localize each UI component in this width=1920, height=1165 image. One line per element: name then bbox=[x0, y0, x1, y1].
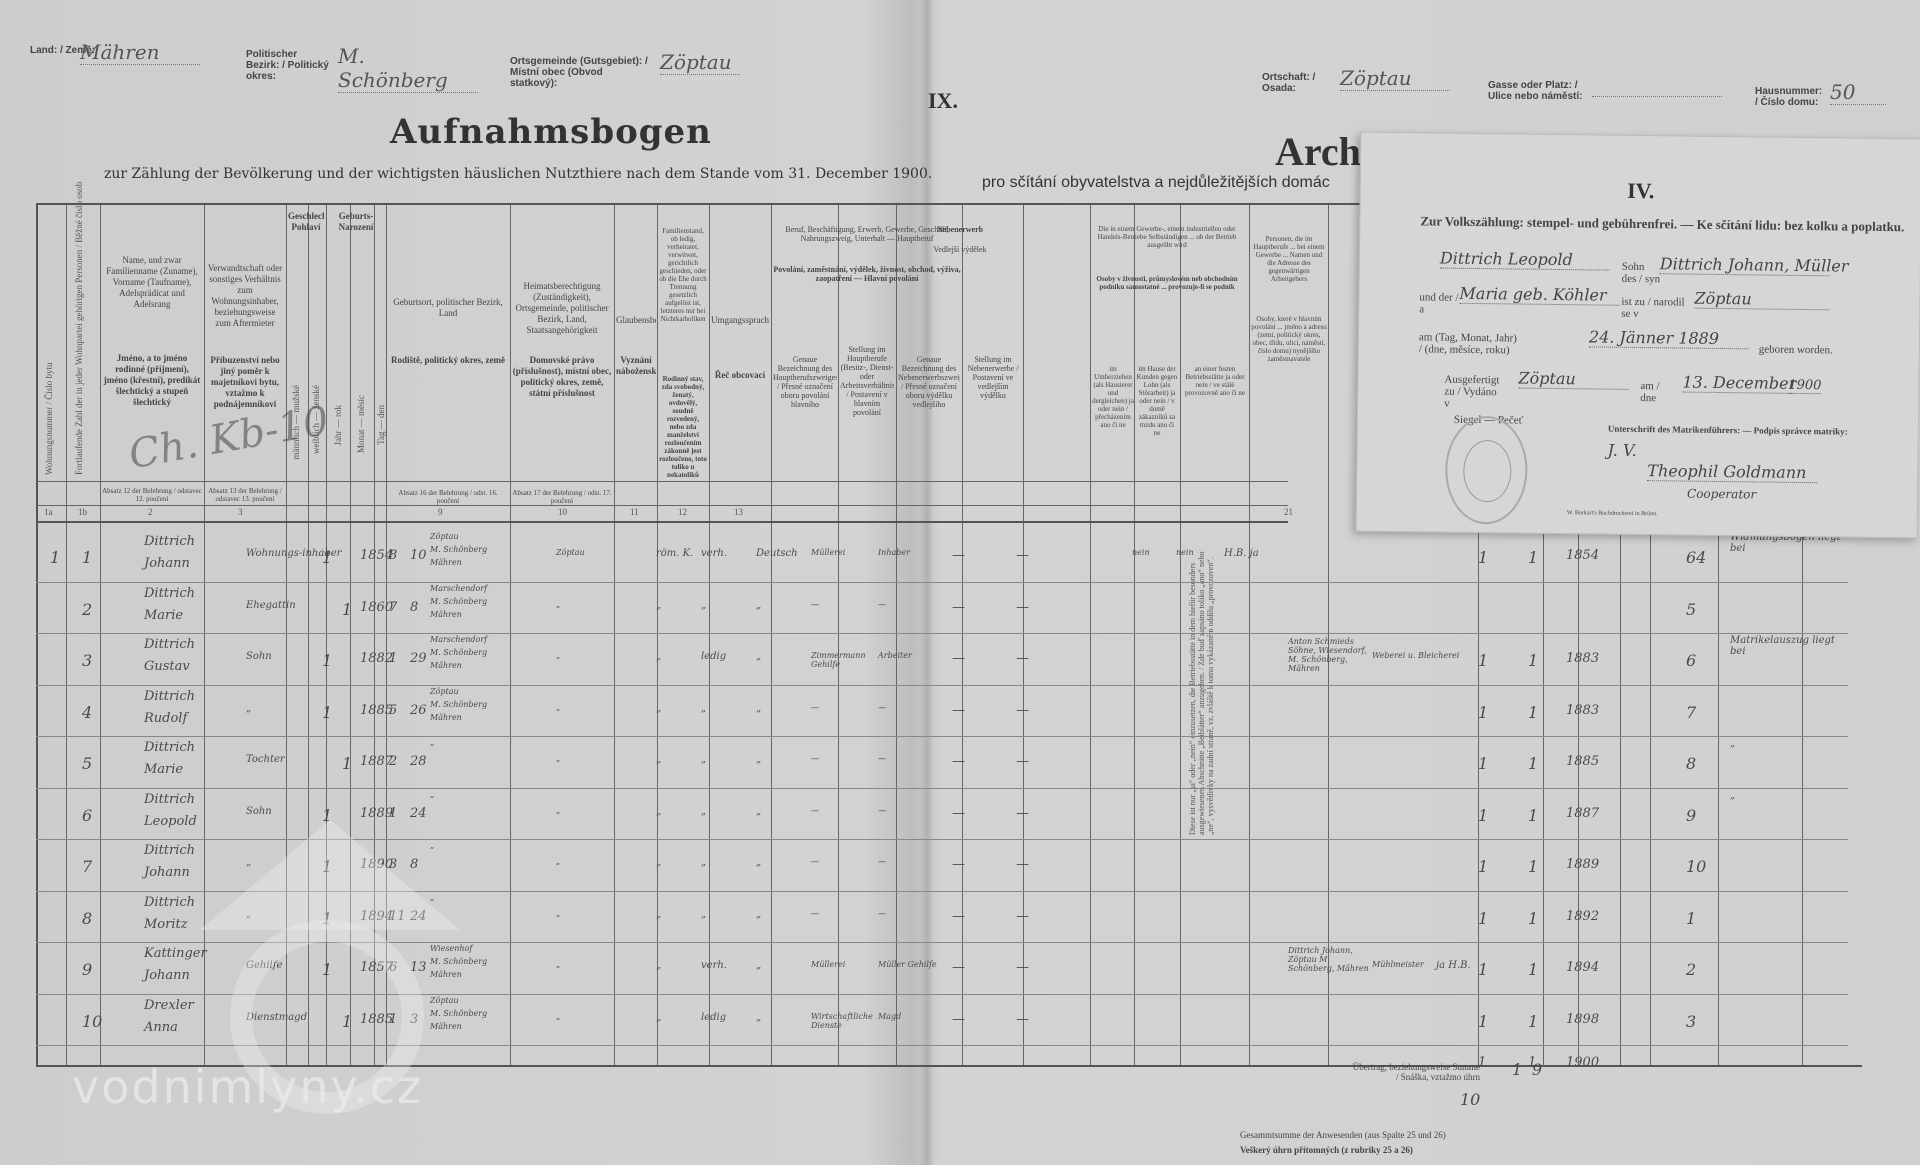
right-year: 1894 bbox=[1566, 960, 1599, 975]
surname: Dittrich bbox=[144, 792, 195, 807]
col-2-header-de: Name, und zwar Familienname (Zuname), Vo… bbox=[102, 255, 202, 310]
surname: Dittrich bbox=[144, 689, 195, 704]
col-30-value: 2 bbox=[1686, 960, 1696, 979]
given-name: Johann bbox=[144, 968, 190, 983]
card-mother-label: und der / a bbox=[1419, 291, 1459, 315]
language: „ bbox=[756, 651, 761, 662]
card-heading: Zur Volkszählung: stempel- und gebührenf… bbox=[1420, 213, 1904, 235]
birthplace-district: M. Schönberg bbox=[430, 597, 487, 606]
person-number: 6 bbox=[82, 806, 92, 825]
surname: Dittrich bbox=[144, 740, 195, 755]
relationship: Sohn bbox=[246, 651, 272, 662]
col-4-5-header-cz: Pohlaví bbox=[288, 222, 324, 233]
birth-day: 10 bbox=[410, 548, 427, 563]
occupation: — bbox=[811, 600, 873, 609]
col-3-ref: Absatz 13 der Belehrung / odstavec 13. p… bbox=[206, 487, 284, 503]
col-21b-value: ja H.B. bbox=[1436, 960, 1471, 971]
colnum-3: 3 bbox=[238, 507, 243, 517]
person-number: 1 bbox=[82, 548, 92, 567]
col-19-header: im Hause der Kunden gegen Lohn (als Stör… bbox=[1136, 365, 1178, 437]
col-9-ref: Absatz 16 der Belehrung / odst. 16. pouč… bbox=[388, 489, 508, 505]
col-30-value: 9 bbox=[1686, 806, 1696, 825]
given-name: Rudolf bbox=[144, 711, 187, 726]
col-16-17-header-de: Nebenerwerb bbox=[898, 225, 1022, 234]
male-mark: 1 bbox=[322, 548, 332, 567]
secondary-position: — bbox=[1016, 909, 1029, 924]
birth-day: 28 bbox=[410, 754, 427, 769]
card-born-place: Zöptau bbox=[1694, 289, 1829, 311]
birthplace-land: Mähren bbox=[430, 970, 462, 979]
row-divider bbox=[36, 736, 1848, 737]
col-14-header: Genaue Bezeichnung des Hauptberufszweige… bbox=[773, 355, 837, 409]
col-30-value: 3 bbox=[1686, 1012, 1696, 1031]
birthplace-district: M. Schönberg bbox=[430, 700, 487, 709]
right-female: 1 bbox=[1528, 857, 1538, 876]
col-18-value: nein bbox=[1132, 548, 1150, 557]
religion: „ bbox=[656, 1012, 661, 1023]
birth-month: 2 bbox=[389, 754, 397, 769]
col-9-header-cz: Rodiště, politický okres, země bbox=[388, 355, 508, 366]
religion: „ bbox=[656, 909, 661, 920]
secondary-position: — bbox=[1016, 548, 1029, 563]
given-name: Anna bbox=[144, 1020, 178, 1035]
secondary-position: — bbox=[1016, 651, 1029, 666]
surname: Dittrich bbox=[144, 586, 195, 601]
marital-status: „ bbox=[701, 806, 706, 817]
right-female: 1 bbox=[1528, 806, 1538, 825]
occupation-position: Müller Gehilfe bbox=[878, 960, 940, 969]
religion: „ bbox=[656, 857, 661, 868]
birth-month: 5 bbox=[389, 703, 397, 718]
colnum-1a: 1a bbox=[44, 507, 53, 517]
surname: Dittrich bbox=[144, 534, 195, 549]
col-31-remark: „ bbox=[1730, 790, 1850, 801]
birthplace-district: M. Schönberg bbox=[430, 648, 487, 657]
col-12-header-de: Familienstand, ob ledig, verheiratet, ve… bbox=[659, 227, 707, 323]
right-male: 1 bbox=[1478, 703, 1488, 722]
right-male: 1 bbox=[1478, 909, 1488, 928]
col-11-header-de: Glaubensbekenntnis bbox=[616, 315, 656, 326]
birthplace-town: Zöptau bbox=[430, 532, 459, 541]
female-mark: 1 bbox=[342, 754, 352, 773]
right-female: 1 bbox=[1528, 548, 1538, 567]
col-30-value: 7 bbox=[1686, 703, 1696, 722]
surname: Drexler bbox=[144, 998, 194, 1013]
occupation-position: — bbox=[878, 600, 940, 609]
occupation-position: — bbox=[878, 857, 940, 866]
right-year: 1889 bbox=[1566, 857, 1599, 872]
occupation-position: — bbox=[878, 909, 940, 918]
secondary-occupation: — bbox=[952, 960, 965, 975]
birthplace-town: Wiesenhof bbox=[430, 944, 472, 953]
marital-status: „ bbox=[701, 857, 706, 868]
right-year: 1885 bbox=[1566, 754, 1599, 769]
birthplace-town: Zöptau bbox=[430, 996, 459, 1005]
col-30-value: 6 bbox=[1686, 651, 1696, 670]
colnum-12: 12 bbox=[678, 507, 687, 517]
uebertrag-label: Übertrag, beziehungsweise Summe / Snáška… bbox=[1350, 1062, 1480, 1082]
colnum-11: 11 bbox=[630, 507, 639, 517]
subtitle-cz: pro sčítání obyvatelstva a nejdůležitějš… bbox=[982, 174, 1330, 192]
gemeinde-value: Zöptau bbox=[660, 50, 740, 75]
right-year: 1883 bbox=[1566, 703, 1599, 718]
right-male: 1 bbox=[1478, 806, 1488, 825]
colnum-1b: 1b bbox=[78, 507, 87, 517]
employer-business: Mühlmeister bbox=[1372, 960, 1424, 969]
religion: „ bbox=[656, 754, 661, 765]
right-female: 1 bbox=[1528, 754, 1538, 773]
birthplace-district: M. Schönberg bbox=[430, 545, 487, 554]
col-3-header-cz: Příbuzenství nebo jiný poměr k majetníko… bbox=[206, 355, 284, 410]
birthplace-town: „ bbox=[430, 738, 434, 747]
right-female: 1 bbox=[1528, 1012, 1538, 1031]
occupation-position: Inhaber bbox=[878, 548, 940, 557]
marital-status: „ bbox=[701, 600, 706, 611]
card-person: Dittrich Leopold bbox=[1440, 249, 1610, 271]
col-31-remark: „ bbox=[1730, 738, 1850, 749]
colnum-21: 21 bbox=[1284, 507, 1293, 517]
marital-status: „ bbox=[701, 754, 706, 765]
birth-day: 26 bbox=[410, 703, 427, 718]
right-year: 1892 bbox=[1566, 909, 1599, 924]
male-mark: 1 bbox=[322, 651, 332, 670]
birthplace-district: M. Schönberg bbox=[430, 957, 487, 966]
secondary-occupation: — bbox=[952, 1012, 965, 1027]
right-year: 1898 bbox=[1566, 1012, 1599, 1027]
person-number: 7 bbox=[82, 857, 92, 876]
heimat: „ bbox=[556, 754, 560, 763]
person-number: 9 bbox=[82, 960, 92, 979]
gemeinde-label: Ortsgemeinde (Gutsgebiet): / Místní obec… bbox=[510, 56, 650, 89]
heimat: Zöptau bbox=[556, 548, 585, 557]
marital-status: verh. bbox=[701, 960, 727, 971]
right-male: 1 bbox=[1478, 651, 1488, 670]
surname: Dittrich bbox=[144, 895, 195, 910]
secondary-occupation: — bbox=[952, 806, 965, 821]
birth-month: 7 bbox=[389, 600, 397, 615]
right-male: 1 bbox=[1478, 754, 1488, 773]
language: „ bbox=[756, 1012, 761, 1023]
col-12-header-cz: Rodinný stav, zda svobodný, ženatý, ovdo… bbox=[659, 375, 707, 479]
occupation: — bbox=[811, 857, 873, 866]
secondary-position: — bbox=[1016, 960, 1029, 975]
relationship: Sohn bbox=[246, 806, 272, 817]
birthplace-land: Mähren bbox=[430, 1022, 462, 1031]
occupation: — bbox=[811, 754, 873, 763]
right-female: 1 bbox=[1528, 909, 1538, 928]
language: „ bbox=[756, 909, 761, 920]
occupation-position: Arbeiter bbox=[878, 651, 940, 660]
given-name: Johann bbox=[144, 865, 190, 880]
col-21-header-cz: Osoby, které v hlavním povolání ... jmén… bbox=[1251, 315, 1327, 363]
right-male: 1 bbox=[1478, 1012, 1488, 1031]
occupation-position: Magd bbox=[878, 1012, 940, 1021]
card-issued-place: Zöptau bbox=[1518, 369, 1628, 390]
language: „ bbox=[756, 806, 761, 817]
relationship: „ bbox=[246, 703, 251, 714]
bezirk-value: M. Schönberg bbox=[338, 44, 478, 93]
col-20-value: H.B. ja bbox=[1224, 548, 1259, 559]
right-female: 1 bbox=[1528, 960, 1538, 979]
secondary-position: — bbox=[1016, 857, 1029, 872]
colnum-13: 13 bbox=[734, 507, 743, 517]
col-30-value: 5 bbox=[1686, 600, 1696, 619]
heimat: „ bbox=[556, 806, 560, 815]
marital-status: „ bbox=[701, 703, 706, 714]
heimat: „ bbox=[556, 600, 560, 609]
right-year: 1883 bbox=[1566, 651, 1599, 666]
language: „ bbox=[756, 960, 761, 971]
col-1b-header: Fortlaufende Zahl der in jeder Wohnparte… bbox=[74, 225, 84, 475]
secondary-position: — bbox=[1016, 703, 1029, 718]
land-value: Mähren bbox=[80, 40, 200, 65]
col-14-15-header-cz: Povolání, zaměstnání, výdělek, živnost, … bbox=[773, 265, 961, 283]
employer-address: Dittrich Johann, Zöptau M. Schönberg, Mä… bbox=[1288, 946, 1370, 973]
heimat: „ bbox=[556, 703, 560, 712]
col-20-header: an einer festen Betriebsstätte ja oder n… bbox=[1182, 365, 1248, 397]
language: Deutsch bbox=[756, 548, 798, 559]
col-13-header-cz: Řeč obcovací bbox=[711, 370, 769, 381]
right-year: 1854 bbox=[1566, 548, 1599, 563]
wohnung-number: 1 bbox=[50, 548, 60, 567]
birthplace-land: Mähren bbox=[430, 661, 462, 670]
card-issued-date: 13. December bbox=[1682, 373, 1792, 394]
given-name: Leopold bbox=[144, 814, 197, 829]
employer-business: Weberei u. Bleicherei bbox=[1372, 651, 1459, 660]
occupation: — bbox=[811, 703, 873, 712]
employer-address: Anton Schmieds Söhne, Wiesendorf, M. Sch… bbox=[1288, 637, 1370, 673]
birth-certificate-card: IV. Zur Volkszählung: stempel- und gebüh… bbox=[1356, 132, 1920, 539]
card-born-label: ist zu / narodil se v bbox=[1621, 296, 1691, 321]
secondary-occupation: — bbox=[952, 857, 965, 872]
row-divider bbox=[36, 582, 1848, 583]
col-15-header: Stellung im Hauptberufe (Besitz-, Dienst… bbox=[840, 345, 894, 417]
card-date-label: am (Tag, Monat, Jahr) / (dne, měsíce, ro… bbox=[1419, 331, 1519, 356]
secondary-occupation: — bbox=[952, 909, 965, 924]
col-7-month: Monat — měsíc bbox=[356, 395, 366, 453]
col-2-ref: Absatz 12 der Belehrung / odstavec 12. p… bbox=[102, 487, 202, 503]
col-10-header-de: Heimatsberechtigung (Zuständigkeit), Ort… bbox=[512, 281, 612, 336]
birthplace-town: Zöptau bbox=[430, 687, 459, 696]
given-name: Johann bbox=[144, 556, 190, 571]
birthplace-land: Mähren bbox=[430, 713, 462, 722]
person-number: 4 bbox=[82, 703, 92, 722]
col-8-day: Tag — den bbox=[376, 405, 386, 445]
card-sign-label: Unterschrift des Matrikenführers: — Podp… bbox=[1608, 424, 1848, 437]
male-mark: 1 bbox=[322, 703, 332, 722]
hausnummer-value: 50 bbox=[1830, 80, 1886, 105]
card-printer: W. Burkart's Buchdruckerei in Brünn. bbox=[1567, 510, 1658, 517]
person-number: 10 bbox=[82, 1012, 102, 1031]
col-18-header: im Umherziehen (als Hausierer und dergle… bbox=[1092, 365, 1134, 429]
col-16-17-header-cz: Vedlejší výdělek bbox=[898, 245, 1022, 254]
occupation: Zimmermann Gehilfe bbox=[811, 651, 873, 669]
secondary-position: — bbox=[1016, 600, 1029, 615]
ortschaft-label: Ortschaft: / Osada: bbox=[1262, 72, 1332, 94]
religion: „ bbox=[656, 960, 661, 971]
right-male: 1 bbox=[1478, 857, 1488, 876]
given-name: Marie bbox=[144, 608, 183, 623]
secondary-occupation: — bbox=[952, 703, 965, 718]
secondary-occupation: — bbox=[952, 600, 965, 615]
census-sheet: Land: / Země: Mähren Politischer Bezirk:… bbox=[0, 0, 1920, 1165]
religion: „ bbox=[656, 651, 661, 662]
surname: Kattinger bbox=[144, 946, 207, 961]
religion: „ bbox=[656, 806, 661, 817]
heimat: „ bbox=[556, 960, 560, 969]
religion: röm. K. bbox=[656, 548, 693, 559]
col-2-header-cz: Jméno, a to jméno rodinné (příjmení), jm… bbox=[102, 353, 202, 408]
row-divider bbox=[36, 633, 1848, 634]
col-11-header-cz: Vyznání náboženské bbox=[616, 355, 656, 377]
colnum-2: 2 bbox=[148, 507, 153, 517]
person-number: 3 bbox=[82, 651, 92, 670]
subtitle-de: zur Zählung der Bevölkerung und der wich… bbox=[104, 166, 932, 182]
birthplace-land: Mähren bbox=[430, 558, 462, 567]
col-18-20-header-de: Die in einem Gewerbe-, einem industriell… bbox=[1092, 225, 1242, 249]
secondary-occupation: — bbox=[952, 651, 965, 666]
col-18-20-header-cz: Osoby v živnosti, průmyslovém neb obchod… bbox=[1092, 275, 1242, 291]
card-issued-year: 1900 bbox=[1788, 378, 1821, 394]
given-name: Moritz bbox=[144, 917, 188, 932]
colnum-9: 9 bbox=[438, 507, 443, 517]
occupation-position: — bbox=[878, 703, 940, 712]
given-name: Gustav bbox=[144, 659, 190, 674]
gasse-value bbox=[1592, 78, 1722, 97]
right-male: 1 bbox=[1478, 548, 1488, 567]
secondary-position: — bbox=[1016, 806, 1029, 821]
uebertrag-value-m: 1 bbox=[1512, 1060, 1522, 1079]
occupation: — bbox=[811, 909, 873, 918]
right-male: 1 bbox=[1478, 960, 1488, 979]
given-name: Marie bbox=[144, 762, 183, 777]
heimat: „ bbox=[556, 1012, 560, 1021]
card-father: Dittrich Johann, Müller bbox=[1660, 254, 1830, 276]
extra-right-r_year: 1900 bbox=[1566, 1055, 1599, 1070]
secondary-occupation: — bbox=[952, 754, 965, 769]
ortschaft-value: Zöptau bbox=[1340, 66, 1450, 91]
col-30-value: 1 bbox=[1686, 909, 1696, 928]
title-cz: Arch bbox=[1275, 128, 1361, 175]
card-seal-stamp bbox=[1445, 416, 1528, 525]
religion: „ bbox=[656, 600, 661, 611]
card-issued-label: Ausgefertigt zu / Vydáno v bbox=[1444, 374, 1504, 411]
language: „ bbox=[756, 703, 761, 714]
col-13-header-de: Umgangssprache bbox=[711, 315, 769, 326]
birth-day: 24 bbox=[410, 806, 427, 821]
col-6-8-header: Geburts- bbox=[328, 211, 384, 222]
birth-month: 1 bbox=[389, 806, 397, 821]
birth-day: 8 bbox=[410, 600, 418, 615]
card-geboren-label: geboren worden. bbox=[1759, 343, 1833, 356]
right-female: 1 bbox=[1528, 651, 1538, 670]
col-10-ref: Absatz 17 der Belehrung / odst. 17. pouč… bbox=[512, 489, 612, 505]
birthplace-district: M. Schönberg bbox=[430, 1009, 487, 1018]
heimat: „ bbox=[556, 651, 560, 660]
surname: Dittrich bbox=[144, 637, 195, 652]
birthplace-town: „ bbox=[430, 790, 434, 799]
card-mother: Maria geb. Köhler bbox=[1459, 284, 1619, 306]
col-6-year: Jahr — rok bbox=[333, 405, 343, 446]
female-mark: 1 bbox=[342, 600, 352, 619]
col-1a-header: Wohnungsnummer / Číslo bytu bbox=[44, 325, 54, 475]
total-note: 10 bbox=[1460, 1090, 1480, 1109]
person-number: 5 bbox=[82, 754, 92, 773]
col-3-header-de: Verwandtschaft oder sonstiges Verhältnis… bbox=[206, 263, 284, 329]
heimat: „ bbox=[556, 857, 560, 866]
gesammt-label-cz: Veškerý úhrn přítomných (z rubriky 25 a … bbox=[1240, 1145, 1413, 1155]
watermark: vodnimlyny.cz bbox=[72, 1060, 423, 1114]
gesammt-label-de: Gesammtsumme der Anwesenden (aus Spalte … bbox=[1240, 1130, 1446, 1140]
card-sign-prefix: J. V. bbox=[1607, 441, 1636, 460]
col-10-header-cz: Domovské právo (příslušnost), místní obe… bbox=[512, 355, 612, 399]
secondary-position: — bbox=[1016, 754, 1029, 769]
birth-day: 29 bbox=[410, 651, 427, 666]
col-17-header: Stellung im Nebenerwerbe / Postavení ve … bbox=[964, 355, 1022, 400]
col-9-header-de: Geburtsort, politischer Bezirk, Land bbox=[388, 297, 508, 319]
occupation-position: — bbox=[878, 806, 940, 815]
birthplace-land: Mähren bbox=[430, 610, 462, 619]
col-19-value: nein bbox=[1176, 548, 1194, 557]
secondary-position: — bbox=[1016, 1012, 1029, 1027]
row-divider bbox=[36, 788, 1848, 789]
occupation: Müllerei bbox=[811, 960, 873, 969]
person-number: 2 bbox=[82, 600, 92, 619]
birth-month: 8 bbox=[389, 548, 397, 563]
language: „ bbox=[756, 754, 761, 765]
secondary-occupation: — bbox=[952, 548, 965, 563]
language: „ bbox=[756, 857, 761, 868]
col-16-header: Genaue Bezeichnung des Nebenerwerbszweig… bbox=[898, 355, 960, 409]
occupation: Müllerei bbox=[811, 548, 873, 557]
right-year: 1887 bbox=[1566, 806, 1599, 821]
marital-status: ledig bbox=[701, 1012, 726, 1023]
occupation-position: — bbox=[878, 754, 940, 763]
card-signature: Theophil Goldmann bbox=[1647, 461, 1817, 483]
sheet-roman-number: IX. bbox=[928, 88, 958, 114]
bezirk-label: Politischer Bezirk: / Politický okres: bbox=[246, 49, 331, 82]
relationship: Ehegattin bbox=[246, 600, 296, 611]
watermark-mill-icon bbox=[200, 820, 460, 930]
card-born-date: 24. Jänner 1889 bbox=[1589, 327, 1749, 349]
marital-status: „ bbox=[701, 909, 706, 920]
gasse-label: Gasse oder Platz: / Ulice nebo náměstí: bbox=[1488, 80, 1588, 102]
col-30-value: 10 bbox=[1686, 857, 1706, 876]
marital-status: ledig bbox=[701, 651, 726, 662]
birth-month: 1 bbox=[389, 651, 397, 666]
row-divider bbox=[36, 685, 1848, 686]
title-de: Aufnahmsbogen bbox=[390, 112, 712, 152]
heimat: „ bbox=[556, 909, 560, 918]
col-4-5-header: Geschlecht bbox=[288, 211, 324, 222]
hausnummer-label: Hausnummer: / Číslo domu: bbox=[1755, 86, 1827, 108]
col-31-remark: Matrikelauszug liegt bei bbox=[1730, 635, 1850, 657]
uebertrag-value-f: 9 bbox=[1532, 1060, 1542, 1079]
card-sohn-label: Sohn des / syn bbox=[1622, 261, 1662, 285]
religion: „ bbox=[656, 703, 661, 714]
occupation: — bbox=[811, 806, 873, 815]
col-21-header-de: Personen, die im Hauptberufe ... bei ein… bbox=[1251, 235, 1327, 283]
col-30-value: 8 bbox=[1686, 754, 1696, 773]
card-am-label: am / dne bbox=[1640, 380, 1670, 404]
surname: Dittrich bbox=[144, 843, 195, 858]
col-30-value: 64 bbox=[1686, 548, 1706, 567]
col-6-8-header-cz: Narození bbox=[328, 222, 384, 233]
birthplace-town: Marschendorf bbox=[430, 635, 487, 644]
language: „ bbox=[756, 600, 761, 611]
relationship: Tochter bbox=[246, 754, 285, 765]
colnum-10: 10 bbox=[558, 507, 567, 517]
